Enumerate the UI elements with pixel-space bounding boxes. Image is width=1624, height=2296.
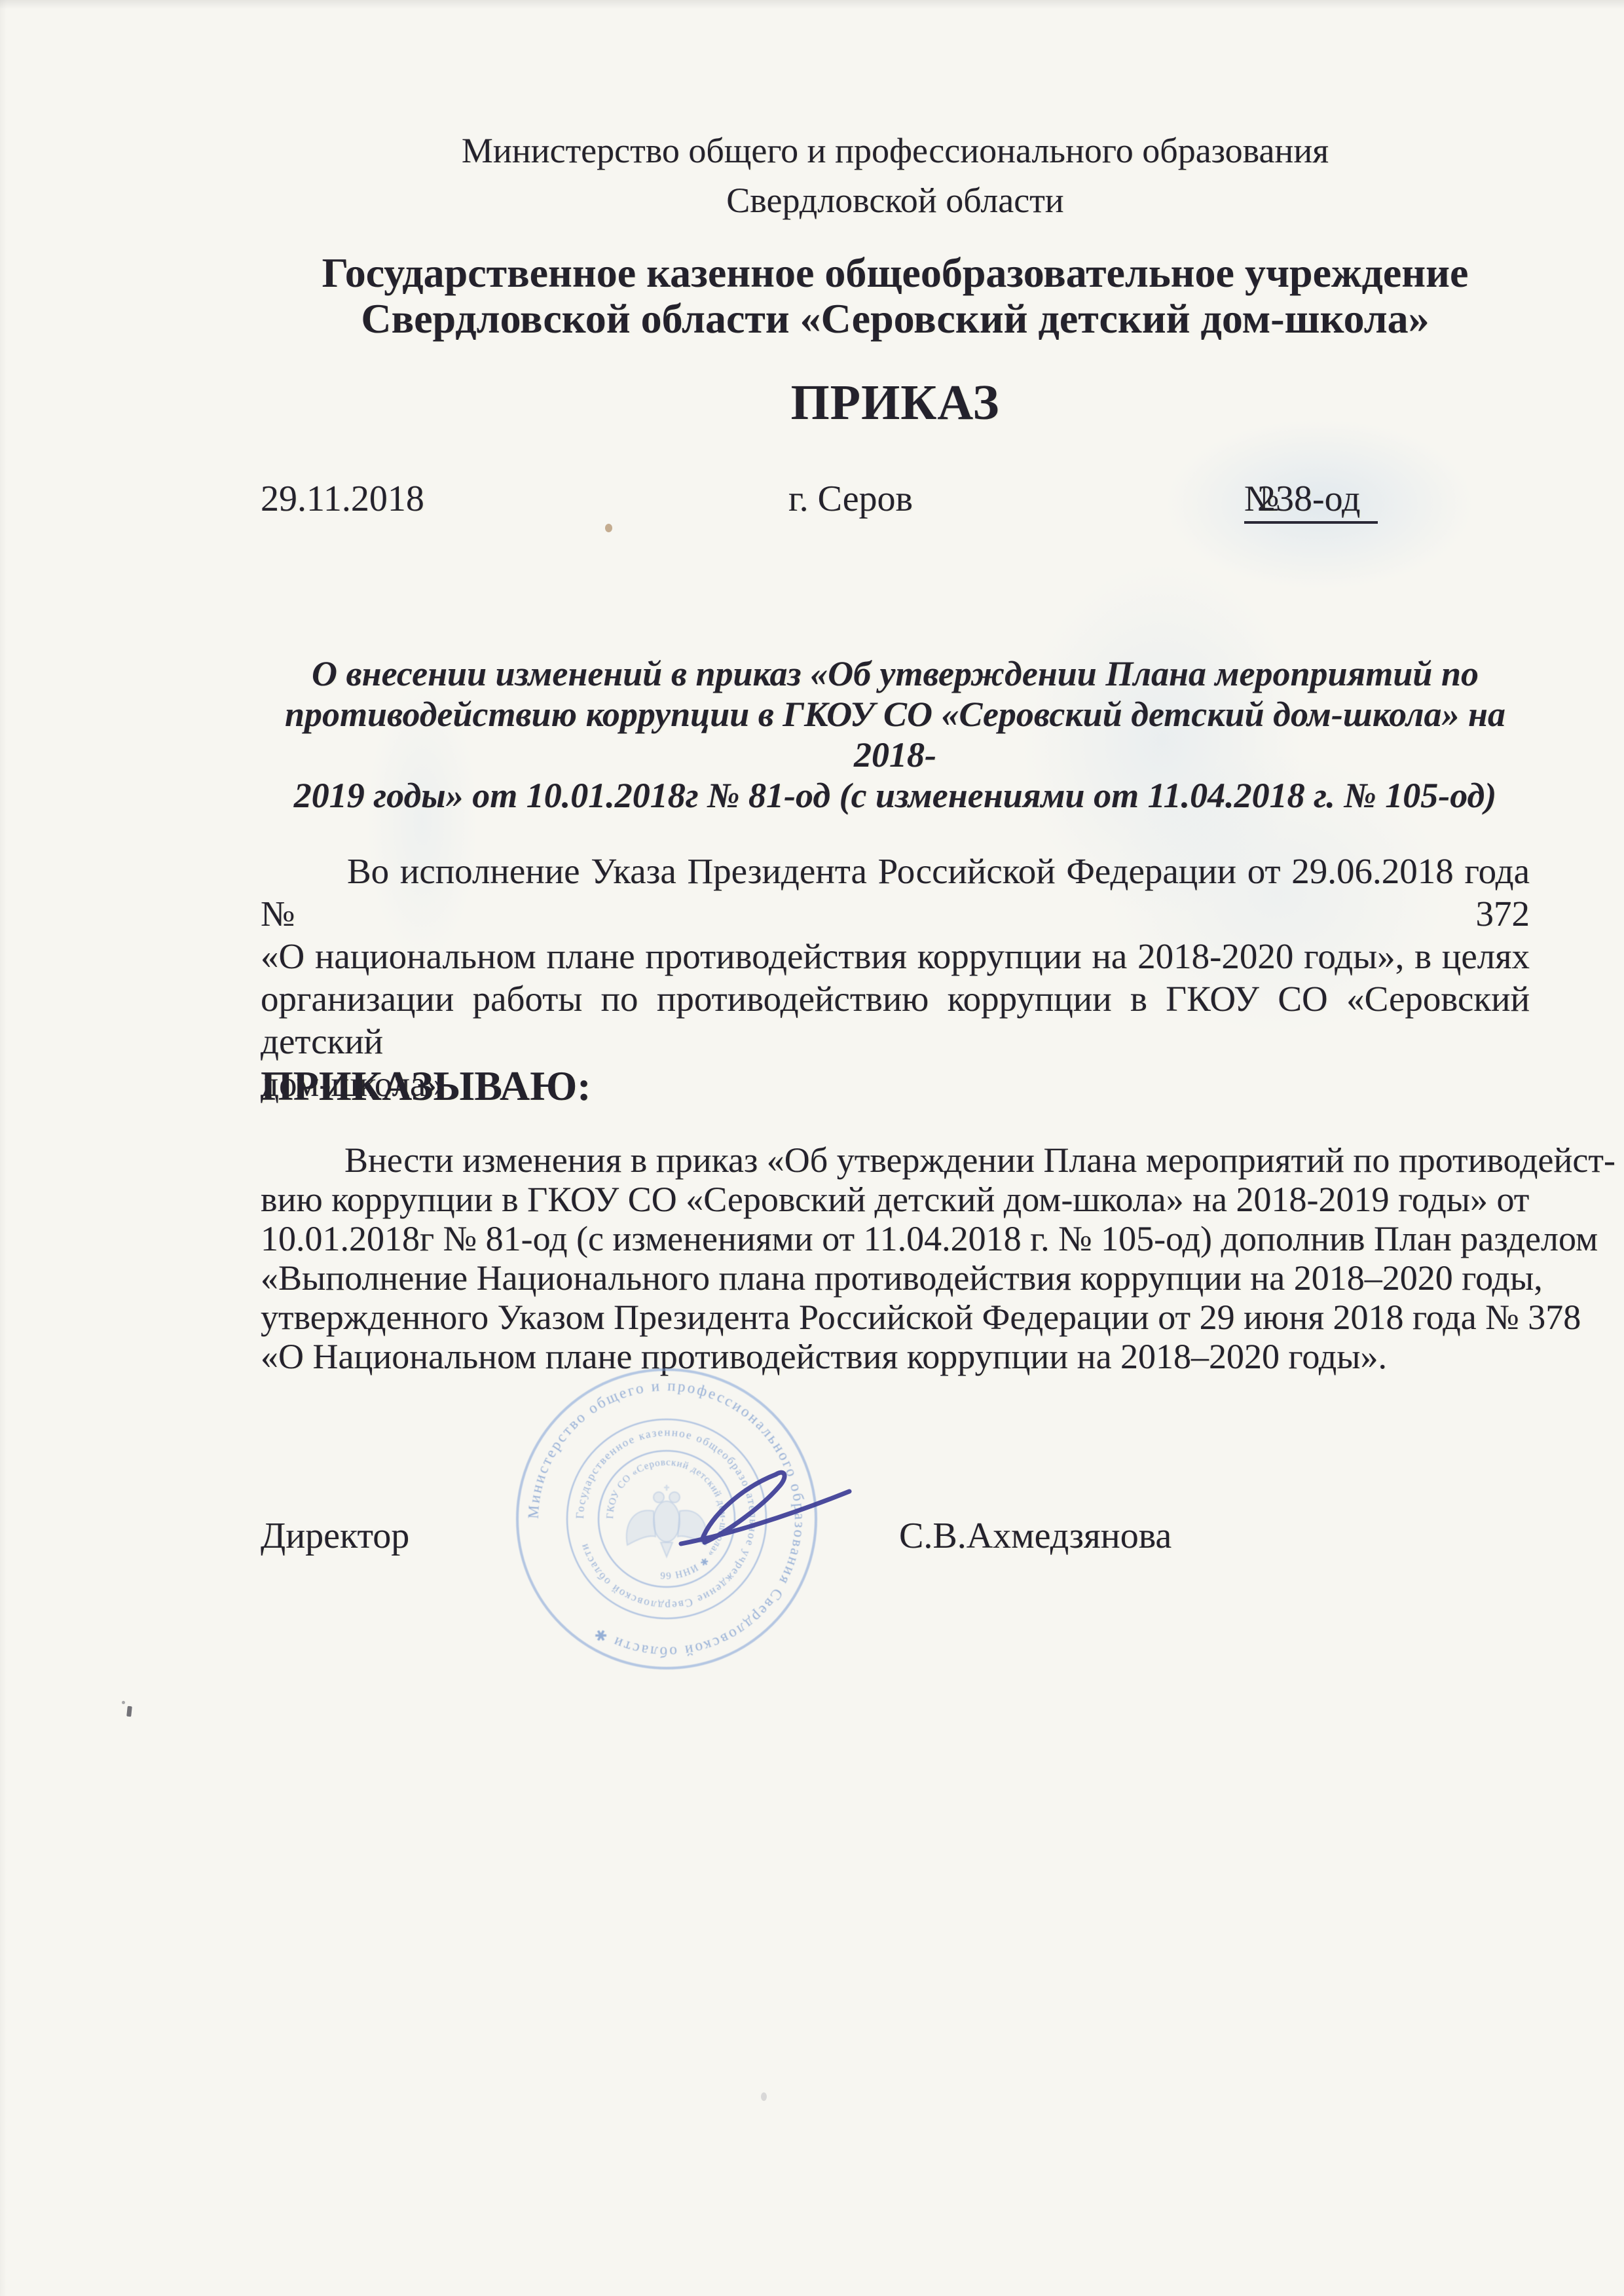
- issue-date: 29.11.2018: [261, 478, 424, 520]
- ministry-line-2: Свердловской области: [261, 175, 1530, 225]
- preamble-line: организации работы по противодействию ко…: [261, 977, 1530, 1063]
- scan-speck: [126, 1706, 132, 1717]
- directive-line: «Выполнение Национального плана противод…: [261, 1258, 1623, 1298]
- signature-name: С.В.Ахмедзянова: [899, 1515, 1172, 1557]
- organization-header: Государственное казенное общеобразовател…: [261, 250, 1530, 342]
- directive-line: Внести изменения в приказ «Об утверждени…: [261, 1140, 1623, 1180]
- signature-role: Директор: [261, 1515, 409, 1557]
- order-subject: О внесении изменений в приказ «Об утверж…: [261, 653, 1530, 816]
- preamble-line: Во исполнение Указа Президента Российско…: [261, 850, 1530, 935]
- directive-line: 10.01.2018г № 81-од (с изменениями от 11…: [261, 1219, 1623, 1258]
- decree-word: ПРИКАЗЫВАЮ:: [261, 1062, 1530, 1110]
- signature-row: Директор С.В.Ахмедзянова: [261, 1515, 1530, 1567]
- issue-place: г. Серов: [788, 478, 913, 520]
- organization-line-2: Свердловской области «Серовский детский …: [261, 296, 1530, 342]
- document-title: ПРИКАЗ: [261, 374, 1530, 431]
- directive-line: «О Национальном плане противодействия ко…: [261, 1337, 1623, 1376]
- directive-line: вию коррупции в ГКОУ СО «Серовский детск…: [261, 1180, 1623, 1219]
- directive-paragraph: Внести изменения в приказ «Об утверждени…: [261, 1140, 1623, 1376]
- scan-speck: [122, 1701, 125, 1704]
- scan-speck: [761, 2092, 767, 2101]
- subject-line: противодействию коррупции в ГКОУ СО «Сер…: [261, 694, 1530, 775]
- ministry-line-1: Министерство общего и профессионального …: [261, 126, 1530, 175]
- subject-line: О внесении изменений в приказ «Об утверж…: [261, 653, 1530, 694]
- scanned-order-page: Министерство общего и профессионального …: [0, 0, 1624, 2296]
- issue-line: 29.11.2018 г. Серов №238-од: [261, 478, 1530, 530]
- ministry-header: Министерство общего и профессионального …: [261, 126, 1530, 225]
- order-number-value: 238-од: [1244, 478, 1378, 524]
- subject-line: 2019 годы» от 10.01.2018г № 81-од (с изм…: [261, 775, 1530, 816]
- directive-line: утвержденного Указом Президента Российск…: [261, 1298, 1623, 1337]
- organization-line-1: Государственное казенное общеобразовател…: [261, 250, 1530, 296]
- preamble-line: «О национальном плане противодействия ко…: [261, 935, 1530, 977]
